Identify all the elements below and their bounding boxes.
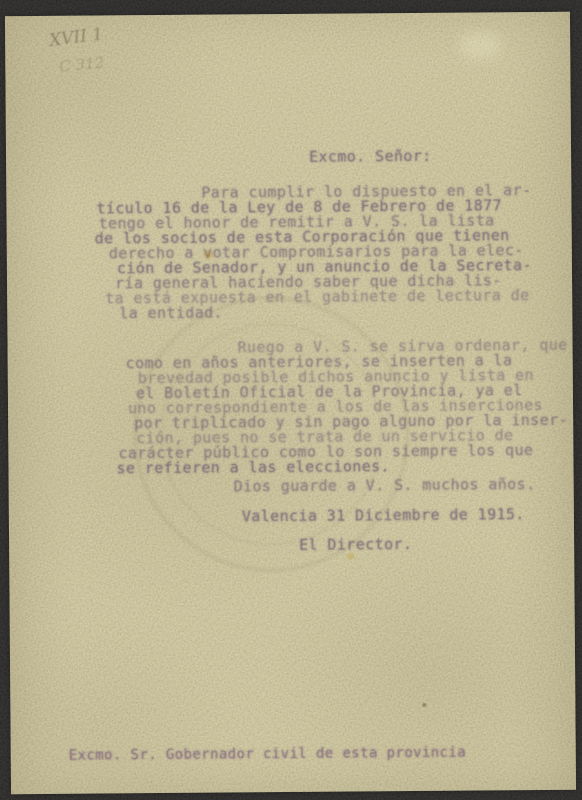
ink-stain	[347, 554, 354, 560]
dark-speck	[422, 703, 426, 707]
pencil-annotation: C 312	[59, 54, 105, 76]
closing-line: Dios guarde a V. S. muchos años.	[234, 475, 536, 495]
salutation: Excmo. Señor:	[309, 147, 432, 166]
letter-paper: XVII 1 C 312 Excmo. Señor: Para cumplir …	[5, 12, 576, 794]
addressee-line: Excmo. Sr. Gobernador civil de esta prov…	[69, 745, 466, 764]
typed-line: la entidad.	[119, 304, 223, 323]
signature-line: El Director.	[299, 535, 412, 554]
dateline: Valencia 31 Diciembre de 1915.	[242, 505, 525, 525]
typed-line: se refieren a las elecciones.	[116, 457, 390, 477]
light-patch	[460, 32, 500, 58]
pencil-annotation: XVII 1	[48, 24, 104, 51]
scanned-letter-image: XVII 1 C 312 Excmo. Señor: Para cumplir …	[0, 0, 582, 800]
